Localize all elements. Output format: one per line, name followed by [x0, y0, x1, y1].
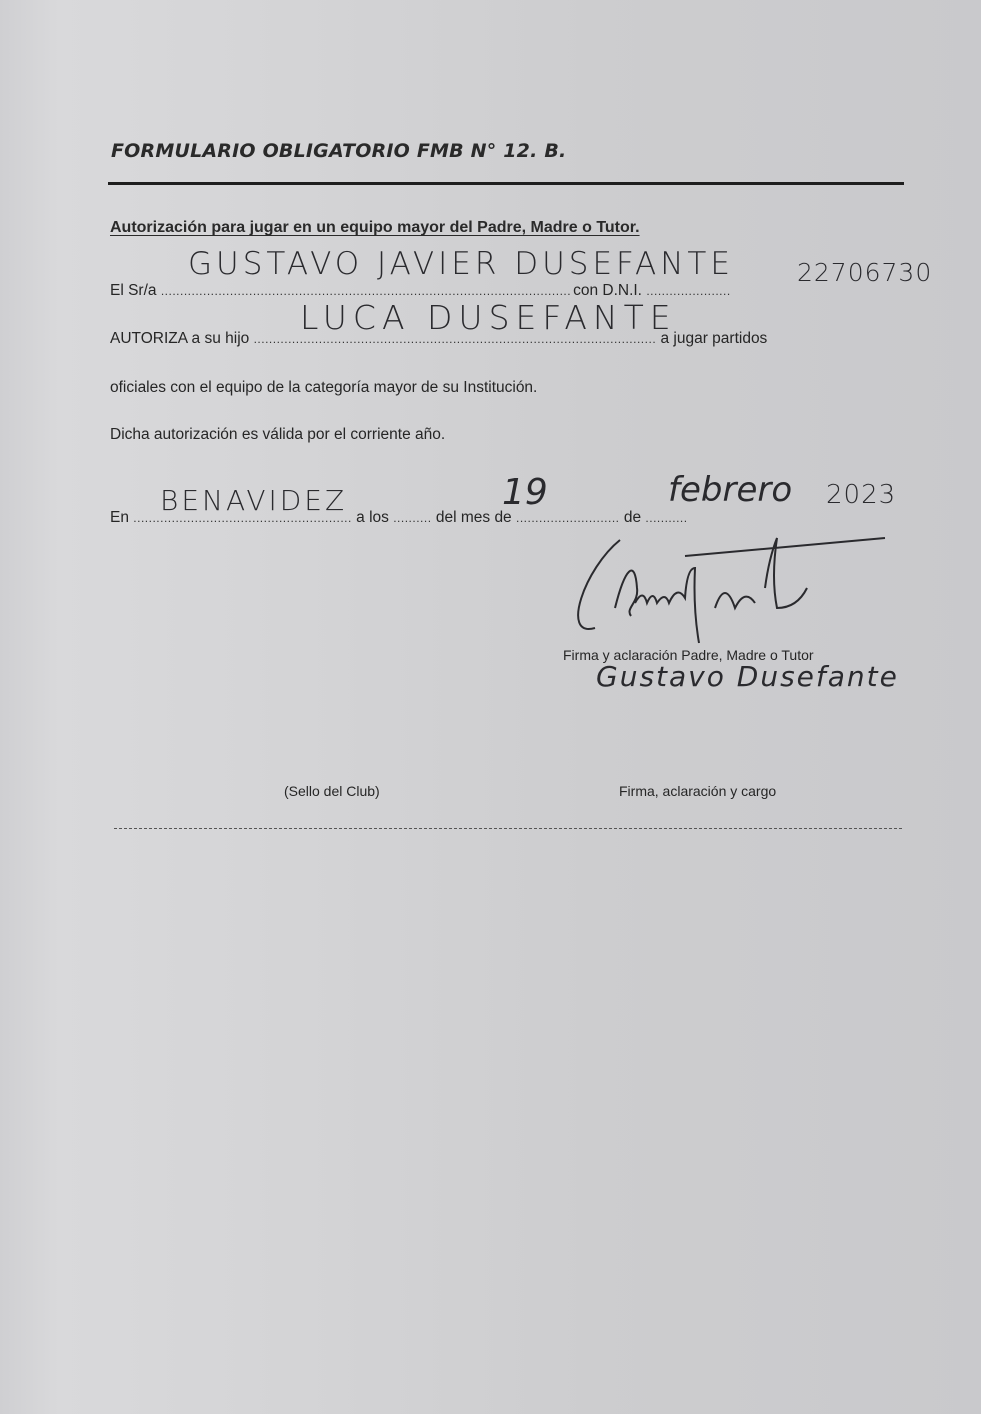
parent-name-field[interactable]: ........................................… — [161, 284, 571, 298]
place-prefix: En — [110, 509, 129, 526]
cut-line-divider — [114, 828, 902, 829]
club-stamp-label: (Sello del Club) — [284, 783, 380, 799]
parent-prefix: El Sr/a — [110, 282, 157, 299]
form-title: FORMULARIO OBLIGATORIO FMB N° 12. B. — [111, 140, 566, 162]
form-page: FORMULARIO OBLIGATORIO FMB N° 12. B. Aut… — [0, 0, 981, 1414]
day-prefix: a los — [356, 509, 389, 526]
month-handwritten: febrero — [668, 470, 792, 510]
parent-clarification-handwritten: Gustavo Dusefante — [596, 660, 899, 693]
parent-signature-mark — [565, 528, 895, 648]
form-subtitle: Autorización para jugar en un equipo may… — [110, 219, 640, 237]
dni-field[interactable]: ...................... — [646, 284, 730, 298]
day-field[interactable]: .......... — [393, 511, 431, 525]
month-field[interactable]: ........................... — [516, 511, 620, 525]
line-official-matches: oficiales con el equipo de la categoría … — [110, 379, 537, 397]
line-validity: Dicha autorización es válida por el corr… — [110, 426, 445, 444]
parent-name-handwritten: GUSTAVO JAVIER DUSEFANTE — [188, 246, 734, 282]
dni-label: con D.N.I. — [573, 282, 642, 299]
dni-handwritten: 22706730 — [797, 258, 932, 287]
day-handwritten: 19 — [502, 472, 548, 513]
child-prefix: AUTORIZA a su hijo — [110, 330, 249, 347]
year-prefix: de — [624, 509, 641, 526]
month-prefix: del mes de — [436, 509, 512, 526]
child-name-handwritten: LUCA DUSEFANTE — [300, 298, 677, 337]
year-field[interactable]: ........... — [645, 511, 687, 525]
title-divider — [108, 182, 904, 185]
year-handwritten: 2023 — [826, 480, 896, 510]
place-handwritten: BENAVIDEZ — [160, 484, 347, 517]
club-signature-label: Firma, aclaración y cargo — [619, 783, 776, 799]
